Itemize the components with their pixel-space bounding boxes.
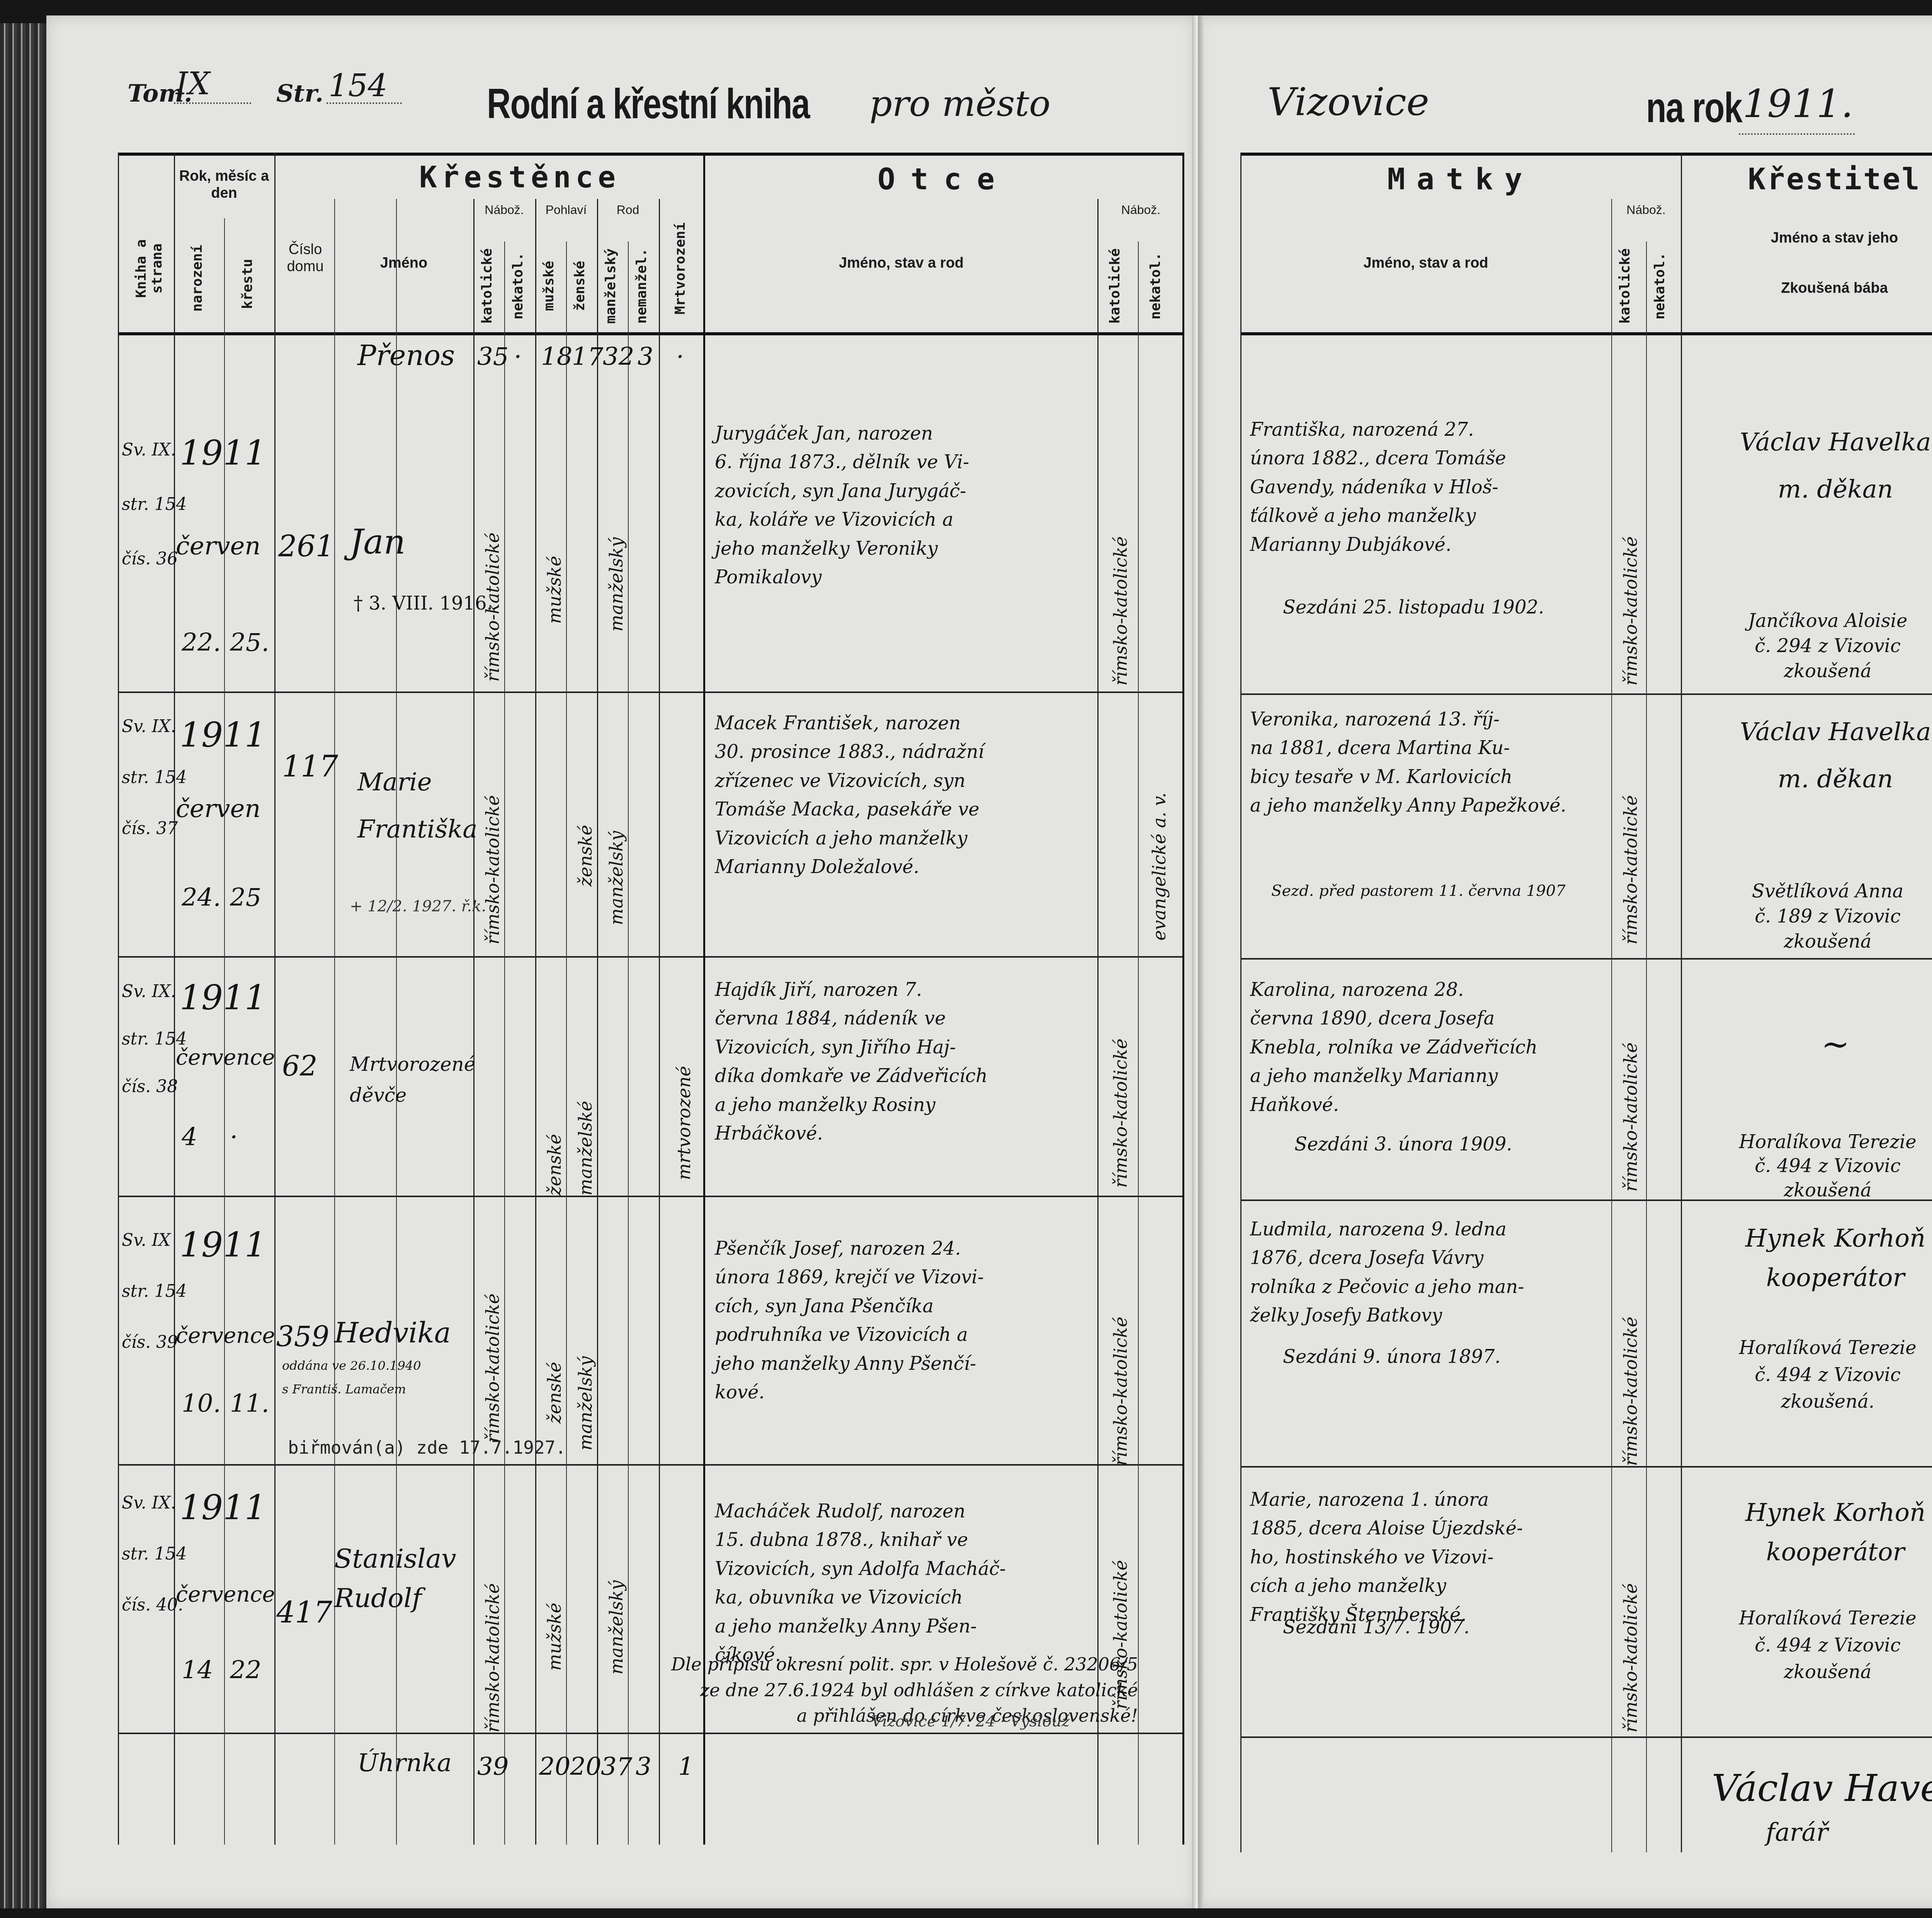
book-gutter: [1192, 15, 1204, 1908]
entry-marriage-date: Sezdáni 3. února 1909.: [1294, 1130, 1512, 1159]
entry-midwife: Horalíková Terezie č. 494 z Vizovic zkou…: [1689, 1605, 1932, 1686]
col-otce-jmeno: Jméno, stav a rod: [705, 255, 1097, 272]
entry-birth-day: 4: [182, 1118, 197, 1157]
summary-katolicke: 39: [477, 1748, 509, 1786]
church-exit-note-signature: Vizovice 1/7. 24 · Vyslouž: [871, 1709, 1070, 1733]
summary-muzske: 20: [539, 1748, 570, 1786]
col-katolicke: katolické: [479, 247, 495, 324]
col-muzske: mužské: [541, 247, 557, 324]
entry-midwife: Horalíkova Terezie č. 494 z Vizovic zkou…: [1689, 1130, 1932, 1202]
entry-child-name: Mrtvorozené děvče: [350, 1049, 475, 1111]
entry-father: Macek František, narozen 30. prosince 18…: [715, 709, 1094, 881]
entry-birth-day: 24.: [182, 879, 221, 917]
entry-baptism-day: 25: [230, 879, 261, 917]
entry-house-number: 62: [282, 1045, 318, 1088]
col-nekatol: nekatol.: [510, 247, 526, 324]
entry-sex: ženské: [541, 1319, 568, 1424]
summary-nemanzel: 3: [636, 1748, 651, 1786]
entry-father-religion: římsko-katolické: [1107, 1002, 1134, 1188]
str-label: Str.: [276, 79, 323, 107]
entry-baptism-day: ·: [230, 1118, 238, 1157]
entry-mother-religion: římsko-katolické: [1617, 438, 1645, 686]
entry-marriage-date: Sezdáni 25. listopadu 1902.: [1283, 593, 1544, 622]
col-krestitel-jmeno: Jméno a stav jeho: [1681, 230, 1932, 247]
entry-marriage-note: oddána ve 26.10.1940 s Františ. Lamačem: [282, 1354, 421, 1401]
entry-father: Macháček Rudolf, narozen 15. dubna 1878.…: [715, 1497, 1094, 1669]
summary-manzelsky: 37: [601, 1748, 632, 1786]
col-matky: Matky: [1240, 162, 1681, 196]
entry-mother: Karolina, narozena 28. června 1890, dcer…: [1250, 975, 1609, 1119]
entry-baptizer: Hynek Korhoň kooperátor: [1700, 1219, 1932, 1298]
na-rok-label: na rok: [1646, 83, 1742, 132]
entry-mother-religion: římsko-katolické: [1617, 720, 1645, 945]
col-pohlavi: Pohlaví: [535, 203, 597, 217]
entry-book-ref: Sv. IX. str. 154 čís. 37: [122, 701, 187, 854]
entry-midwife: Horalíková Terezie č. 494 z Vizovic zkou…: [1689, 1335, 1932, 1415]
col-manzelsky: manželský: [603, 247, 619, 324]
pastor-signature: Václav Havelka: [1712, 1760, 1932, 1817]
entry-religion: římsko-katolické: [479, 1211, 507, 1443]
entry-month: červen: [176, 527, 261, 566]
entry-father: Pšenčík Josef, narozen 24. února 1869, k…: [715, 1234, 1094, 1407]
entry-religion: římsko-katolické: [479, 419, 507, 682]
entry-legitimacy: manželské: [572, 1072, 599, 1196]
col-otce-nekatol: nekatol.: [1148, 247, 1163, 324]
register-year: 1911.: [1743, 81, 1853, 126]
entry-legitimacy: manželský: [572, 1300, 599, 1451]
col-nemanzel: nemanžel.: [634, 247, 650, 324]
tom-value: IX: [176, 66, 210, 102]
entry-child-name: Stanislav Rudolf: [334, 1539, 456, 1618]
entry-mother: Marie, narozena 1. února 1885, dcera Alo…: [1250, 1485, 1609, 1629]
col-zenske: ženské: [572, 247, 588, 324]
left-register-table: Kniha a strana Rok, měsíc a den narození…: [118, 153, 1184, 1845]
entry-father-religion: římsko-katolické: [1107, 446, 1134, 686]
entry-legitimacy: manželský: [603, 763, 630, 925]
tom-underline: [174, 102, 251, 104]
entry-baptism-day: 22: [230, 1651, 261, 1690]
entry-legitimacy: manželský: [603, 1512, 630, 1675]
col-matky-katolicke: katolické: [1617, 247, 1633, 324]
carryover-muzske: 18: [541, 338, 572, 376]
entry-year: 1911: [180, 972, 266, 1024]
col-otce: Otce: [705, 162, 1182, 196]
carryover-katolicke: 35: [477, 338, 509, 376]
entry-birth-day: 14: [182, 1651, 213, 1690]
entry-mother-religion: římsko-katolické: [1617, 983, 1645, 1192]
right-register-table: Matky Jméno, stav a rod Nábož. katolické…: [1240, 153, 1932, 1852]
entry-religion: římsko-katolické: [479, 705, 507, 945]
entry-child-name: Hedvika: [334, 1312, 451, 1355]
entry-note: † 3. VIII. 1916.: [354, 589, 493, 618]
entry-year: 1911: [180, 1481, 266, 1534]
col-kniha-strana: Kniha a strana: [133, 214, 165, 323]
summary-label: Úhrnka: [357, 1744, 452, 1782]
entry-sex: ženské: [541, 1080, 568, 1196]
entry-mother-religion: římsko-katolické: [1617, 1493, 1645, 1733]
entry-baptizer: Hynek Korhoň kooperátor: [1700, 1493, 1932, 1572]
entry-baptizer: Václav Havelka m. děkan: [1700, 419, 1932, 513]
entry-marriage-date: Sezdáni 13/7. 1907.: [1283, 1613, 1469, 1641]
col-krestitel: Křestitel: [1681, 162, 1932, 196]
col-matky-nabozenstvi: Nábož.: [1611, 203, 1681, 217]
col-jmeno: Jméno: [334, 255, 473, 272]
confirmation-stamp: biřmován(a) zde 17.7.1927.: [288, 1437, 566, 1458]
entry-midwife: Světlíková Anna č. 189 z Vizovic zkoušen…: [1689, 879, 1932, 954]
entry-year: 1911: [180, 427, 266, 479]
entry-baptism-day: 25.: [230, 624, 269, 662]
col-otce-katolicke: katolické: [1107, 247, 1123, 324]
entry-baptism-day: 11.: [230, 1385, 269, 1423]
col-zkousena-baba: Zkoušená bába: [1681, 280, 1932, 297]
entry-marriage-date: Sezdáni 9. února 1897.: [1283, 1342, 1500, 1371]
entry-house-number: 417: [276, 1590, 332, 1635]
entry-month: července: [176, 1319, 275, 1353]
entry-house-number: 117: [282, 744, 338, 789]
col-narozeni: narození: [189, 241, 205, 315]
col-mrtvorozeni: Mrtvorození: [672, 214, 688, 323]
entry-mother: Františka, narozená 27. února 1882., dce…: [1250, 415, 1609, 559]
entry-sex: mužské: [541, 469, 568, 624]
entry-mother-religion: římsko-katolické: [1617, 1242, 1645, 1466]
col-matky-jmeno: Jméno, stav a rod: [1240, 255, 1611, 272]
entry-note: + 12/2. 1927. ř.k.: [350, 894, 486, 918]
entry-baptizer: Václav Havelka m. děkan: [1700, 709, 1932, 803]
entry-birth-day: 22.: [182, 624, 221, 662]
entry-year: 1911: [180, 709, 266, 761]
col-krestence: Křestěnce: [334, 160, 705, 194]
carryover-label: Přenos: [357, 334, 455, 377]
carryover-zenske: 17: [572, 338, 603, 376]
entry-sex: ženské: [572, 778, 599, 887]
carryover-nekatol: ·: [514, 338, 522, 376]
entry-month: července: [176, 1041, 275, 1075]
entry-baptizer: ~: [1700, 1018, 1932, 1070]
entry-child-name: Jan: [350, 516, 405, 568]
entry-father: Jurygáček Jan, narozen 6. října 1873., d…: [715, 419, 1094, 591]
col-rok-mesic-den: Rok, měsíc a den: [176, 168, 272, 202]
col-otce-nabozenstvi: Nábož.: [1099, 203, 1182, 217]
entry-father-religion: římsko-katolické: [1107, 1242, 1134, 1466]
entry-mother: Veronika, narozená 13. říj- na 1881, dce…: [1250, 705, 1609, 820]
entry-marriage-date: Sezd. před pastorem 11. června 1907: [1271, 879, 1566, 903]
town-name: Vizovice: [1267, 79, 1429, 124]
entry-father-religion: evangelické a. v.: [1146, 740, 1173, 941]
entry-midwife: Jančíkova Aloisie č. 294 z Vizovic zkouš…: [1689, 608, 1932, 683]
entry-year: 1911: [180, 1219, 266, 1271]
summary-zenske: 20: [570, 1748, 601, 1786]
col-krestu: křestu: [240, 253, 255, 315]
pastor-title: farář: [1766, 1814, 1828, 1852]
col-matky-nekatol: nekatol.: [1652, 247, 1668, 324]
entry-father: Hajdík Jiří, narozen 7. června 1884, nád…: [715, 975, 1094, 1148]
entry-book-ref: Sv. IX. str. 154 čís. 38: [122, 968, 187, 1111]
col-nabozenstvi: Nábož.: [473, 203, 535, 217]
entry-legitimacy: manželský: [603, 469, 630, 632]
entry-mother: Ludmila, narozena 9. ledna 1876, dcera J…: [1250, 1215, 1609, 1330]
year-underline: [1739, 133, 1855, 135]
entry-month: červen: [176, 790, 261, 828]
str-underline: [327, 102, 402, 104]
book-page-edges-left: [0, 23, 54, 1908]
carryover-nemanzel: 3: [638, 338, 653, 376]
pro-mesto-label: pro město: [869, 83, 1051, 124]
col-cislo-domu: Číslo domu: [276, 241, 334, 275]
carryover-manzelsky: 32: [603, 338, 634, 376]
summary-mrtvorozeni: 1: [678, 1748, 694, 1786]
str-value: 154: [328, 68, 388, 104]
register-title: Rodní a křestní kniha: [487, 79, 810, 128]
entry-child-name: Marie Františka: [357, 759, 477, 853]
entry-house-number: 359: [276, 1315, 329, 1359]
entry-month: července: [176, 1578, 275, 1612]
col-rod: Rod: [597, 203, 659, 217]
entry-house-number: 261: [278, 523, 334, 569]
entry-stillborn: mrtvorozené: [670, 1014, 698, 1180]
entry-birth-day: 10.: [182, 1385, 221, 1423]
carryover-mrtvorozeni: ·: [676, 338, 684, 376]
entry-father-religion: římsko-katolické: [1107, 1493, 1134, 1709]
